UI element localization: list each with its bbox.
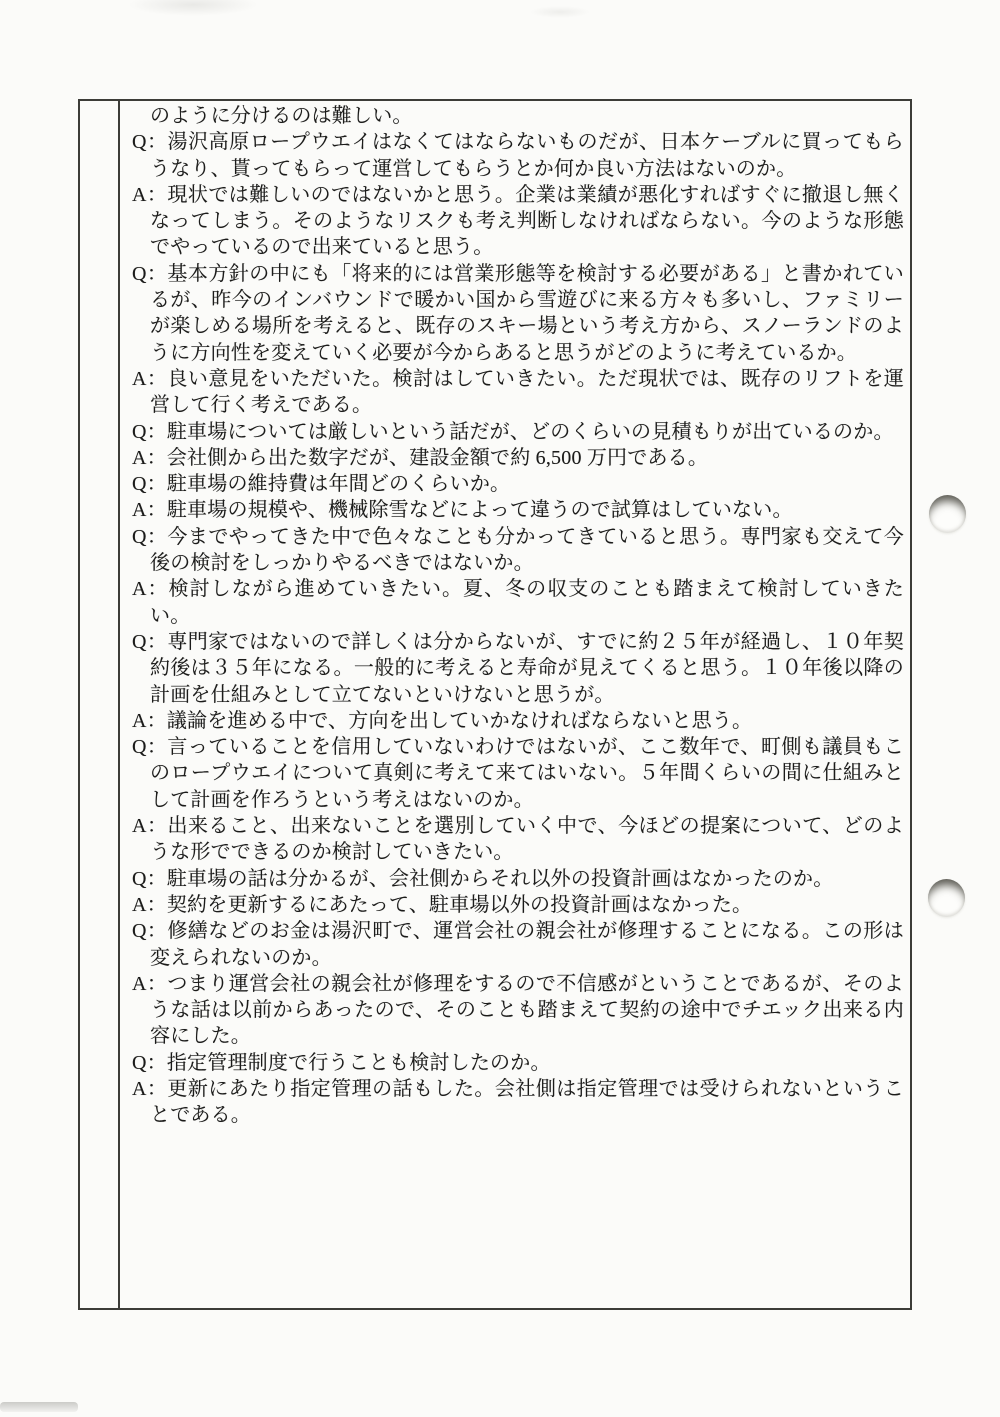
scan-smudge	[530, 6, 590, 18]
qa-line: Q：駐車場については厳しいという話だが、どのくらいの見積もりが出ているのか。	[132, 419, 904, 445]
qa-speaker-label: Q：	[132, 421, 167, 443]
qa-line: Q：言っていることを信用していないわけではないが、ここ数年で、町側も議員もこ	[132, 734, 904, 760]
qa-paragraph: A：検討しながら進めていきたい。夏、冬の収支のことも踏まえて検討していきたい。	[132, 576, 904, 629]
qa-line: い。	[132, 603, 904, 629]
qa-speaker-label: A：	[132, 499, 167, 521]
qa-speaker-label: A：	[132, 710, 167, 732]
qa-line: Q：今までやってきた中で色々なことも分かってきていると思う。専門家も交えて今	[132, 524, 904, 550]
qa-line: 後の検討をしっかりやるべきではないか。	[132, 550, 904, 576]
qa-line: とである。	[132, 1102, 904, 1128]
qa-paragraph: Q：湯沢高原ロープウエイはなくてはならないものだが、日本ケーブルに買ってもらうな…	[132, 129, 904, 182]
qa-speaker-label: A：	[132, 184, 167, 206]
qa-paragraph: A：会社側から出た数字だが、建設金額で約 6,500 万円である。	[132, 445, 904, 471]
qa-speaker-label: A：	[132, 1078, 167, 1100]
qa-speaker-label: A：	[132, 894, 167, 916]
qa-paragraph: Q：修繕などのお金は湯沢町で、運営会社の親会社が修理することになる。この形は変え…	[132, 918, 904, 971]
qa-line: 計画を仕組みとして立てないといけないと思うが。	[132, 682, 904, 708]
qa-line: Q：専門家ではないので詳しくは分からないが、すでに約２５年が経過し、１０年契	[132, 629, 904, 655]
qa-speaker-label: A：	[132, 578, 169, 600]
qa-line: Q：駐車場の維持費は年間どのくらいか。	[132, 471, 904, 497]
qa-paragraph: A：現状では難しいのではないかと思う。企業は業績が悪化すればすぐに撤退し無くなっ…	[132, 182, 904, 261]
qa-line: のロープウエイについて真剣に考えて来てはいない。５年間くらいの間に仕組みと	[132, 760, 904, 786]
qa-line: うなり、貰ってもらって運営してもらうとか何か良い方法はないのか。	[132, 156, 904, 182]
qa-speaker-label: A：	[132, 447, 167, 469]
qa-line: A：契約を更新するにあたって、駐車場以外の投資計画はなかった。	[132, 892, 904, 918]
qa-speaker-label: Q：	[132, 631, 167, 653]
qa-paragraph: Q：専門家ではないので詳しくは分からないが、すでに約２５年が経過し、１０年契約後…	[132, 629, 904, 708]
qa-line: A：検討しながら進めていきたい。夏、冬の収支のことも踏まえて検討していきた	[132, 576, 904, 602]
qa-line: るが、昨今のインバウンドで暖かい国から雪遊びに来る方々も多いし、ファミリー	[132, 287, 904, 313]
document-frame: のように分けるのは難しい。Q：湯沢高原ロープウエイはなくてはならないものだが、日…	[78, 99, 912, 1310]
qa-paragraph: A：つまり運営会社の親会社が修理をするので不信感がということであるが、そのような…	[132, 971, 904, 1050]
qa-line: Q：基本方針の中にも「将来的には営業形態等を検討する必要がある」と書かれてい	[132, 261, 904, 287]
qa-line: A：つまり運営会社の親会社が修理をするので不信感がということであるが、そのよ	[132, 971, 904, 997]
scanned-document-page: のように分けるのは難しい。Q：湯沢高原ロープウエイはなくてはならないものだが、日…	[0, 0, 1000, 1417]
qa-paragraph: A：契約を更新するにあたって、駐車場以外の投資計画はなかった。	[132, 892, 904, 918]
qa-speaker-label: Q：	[132, 263, 167, 285]
qa-line: なってしまう。そのようなリスクも考え判断しなければならない。今のような形態	[132, 208, 904, 234]
qa-paragraph: A：更新にあたり指定管理の話もした。会社側は指定管理では受けられないということで…	[132, 1076, 904, 1129]
punch-hole-mark	[928, 879, 965, 917]
qa-line: して計画を作ろうという考えはないのか。	[132, 787, 904, 813]
qa-line: 営して行く考えである。	[132, 392, 904, 418]
qa-line: A：出来ること、出来ないことを選別していく中で、今ほどの提案について、どのよ	[132, 813, 904, 839]
qa-speaker-label: Q：	[132, 131, 168, 153]
qa-line: A：議論を進める中で、方向を出していかなければならないと思う。	[132, 708, 904, 734]
qa-speaker-label: Q：	[132, 1052, 167, 1074]
qa-speaker-label: Q：	[132, 526, 167, 548]
qa-speaker-label: Q：	[132, 920, 167, 942]
qa-line: Q：修繕などのお金は湯沢町で、運営会社の親会社が修理することになる。この形は	[132, 918, 904, 944]
qa-line: でやっているので出来ていると思う。	[132, 234, 904, 260]
scan-smudge	[128, 0, 258, 16]
qa-paragraph: Q：駐車場の維持費は年間どのくらいか。	[132, 471, 904, 497]
qa-paragraph: Q：言っていることを信用していないわけではないが、ここ数年で、町側も議員もこのロ…	[132, 734, 904, 813]
scan-smudge	[0, 1402, 78, 1412]
qa-speaker-label: Q：	[132, 473, 167, 495]
qa-paragraph: A：良い意見をいただいた。検討はしていきたい。ただ現状では、既存のリフトを運営し…	[132, 366, 904, 419]
qa-line: Q：指定管理制度で行うことも検討したのか。	[132, 1050, 904, 1076]
qa-paragraph: Q：駐車場の話は分かるが、会社側からそれ以外の投資計画はなかったのか。	[132, 866, 904, 892]
qa-line: うな形でできるのか検討していきたい。	[132, 839, 904, 865]
left-margin-column	[80, 101, 120, 1308]
qa-text: のように分けるのは難しい。Q：湯沢高原ロープウエイはなくてはならないものだが、日…	[120, 101, 910, 1308]
qa-speaker-label: A：	[132, 368, 167, 390]
qa-paragraph: Q：指定管理制度で行うことも検討したのか。	[132, 1050, 904, 1076]
qa-line: が楽しめる場所を考えると、既存のスキー場という考え方から、スノーランドのよ	[132, 313, 904, 339]
continued-paragraph: のように分けるのは難しい。	[132, 103, 904, 129]
qa-speaker-label: A：	[132, 973, 167, 995]
qa-line: 約後は３５年になる。一般的に考えると寿命が見えてくると思う。１０年後以降の	[132, 655, 904, 681]
qa-line: A：会社側から出た数字だが、建設金額で約 6,500 万円である。	[132, 445, 904, 471]
qa-line: A：更新にあたり指定管理の話もした。会社側は指定管理では受けられないというこ	[132, 1076, 904, 1102]
qa-line: Q：湯沢高原ロープウエイはなくてはならないものだが、日本ケーブルに買ってもら	[132, 129, 904, 155]
qa-line: A：駐車場の規模や、機械除雪などによって違うので試算はしていない。	[132, 497, 904, 523]
qa-speaker-label: A：	[132, 815, 167, 837]
qa-paragraph: A：駐車場の規模や、機械除雪などによって違うので試算はしていない。	[132, 497, 904, 523]
punch-hole-mark	[929, 495, 966, 533]
qa-paragraph: A：議論を進める中で、方向を出していかなければならないと思う。	[132, 708, 904, 734]
qa-line: A：良い意見をいただいた。検討はしていきたい。ただ現状では、既存のリフトを運	[132, 366, 904, 392]
qa-line: のように分けるのは難しい。	[132, 103, 904, 129]
qa-paragraph: A：出来ること、出来ないことを選別していく中で、今ほどの提案について、どのような…	[132, 813, 904, 866]
qa-line: 容にした。	[132, 1023, 904, 1049]
qa-line: うに方向性を変えていく必要が今からあると思うがどのように考えているか。	[132, 340, 904, 366]
qa-paragraph: Q：基本方針の中にも「将来的には営業形態等を検討する必要がある」と書かれているが…	[132, 261, 904, 366]
qa-line: うな話は以前からあったので、そのことも踏まえて契約の途中でチエック出来る内	[132, 997, 904, 1023]
qa-line: Q：駐車場の話は分かるが、会社側からそれ以外の投資計画はなかったのか。	[132, 866, 904, 892]
qa-speaker-label: Q：	[132, 868, 167, 890]
qa-line: 変えられないのか。	[132, 945, 904, 971]
qa-paragraph: Q：今までやってきた中で色々なことも分かってきていると思う。専門家も交えて今後の…	[132, 524, 904, 577]
qa-speaker-label: Q：	[132, 736, 167, 758]
qa-line: A：現状では難しいのではないかと思う。企業は業績が悪化すればすぐに撤退し無く	[132, 182, 904, 208]
qa-paragraph: Q：駐車場については厳しいという話だが、どのくらいの見積もりが出ているのか。	[132, 419, 904, 445]
